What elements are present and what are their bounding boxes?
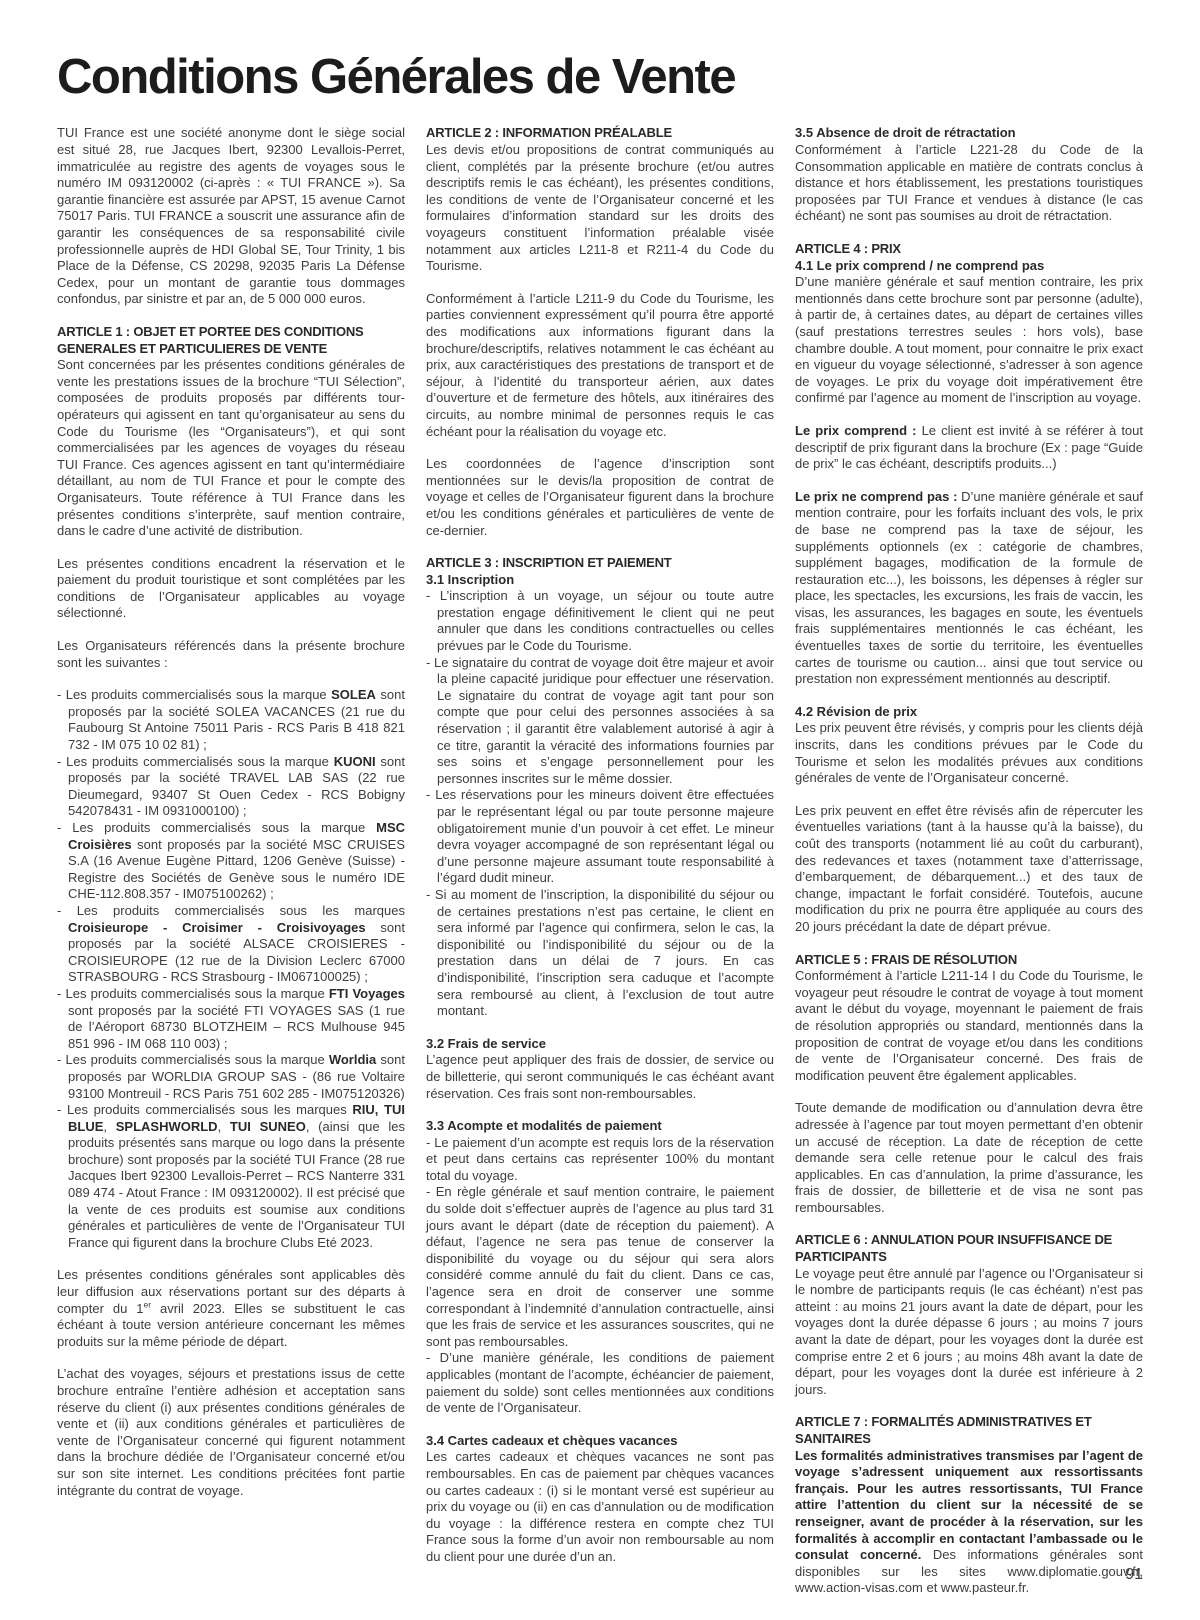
article-heading: ARTICLE 3 : INSCRIPTION ET PAIEMENT bbox=[426, 555, 774, 572]
section-subheading: 4.1 Le prix comprend / ne comprend pas bbox=[795, 258, 1143, 275]
article-heading: ARTICLE 4 : PRIX bbox=[795, 241, 1143, 258]
column-2: ARTICLE 2 : INFORMATION PRÉALABLELes dev… bbox=[426, 125, 774, 1597]
text-columns: TUI France est une société anonyme dont … bbox=[57, 125, 1143, 1597]
paragraph: Les devis et/ou propositions de contrat … bbox=[426, 142, 774, 275]
section-subheading: 3.5 Absence de droit de rétractation bbox=[795, 125, 1143, 142]
paragraph: TUI France est une société anonyme dont … bbox=[57, 125, 405, 308]
list-item: - Les produits commercialisés sous les m… bbox=[57, 1102, 405, 1251]
paragraph: Les prix peuvent en effet être révisés a… bbox=[795, 803, 1143, 936]
article-heading: ARTICLE 7 : FORMALITÉS ADMINISTRATIVES E… bbox=[795, 1414, 1143, 1447]
paragraph: L’achat des voyages, séjours et prestati… bbox=[57, 1366, 405, 1499]
paragraph: D’une manière générale et sauf mention c… bbox=[795, 274, 1143, 407]
paragraph: Le voyage peut être annulé par l’agence … bbox=[795, 1266, 1143, 1399]
dash-paragraph: - D’une manière générale, les conditions… bbox=[426, 1350, 774, 1416]
list-item: - Les produits commercialisés sous la ma… bbox=[57, 1052, 405, 1102]
paragraph: Conformément à l’article L211-14 I du Co… bbox=[795, 968, 1143, 1084]
list-item: - Le signataire du contrat de voyage doi… bbox=[426, 655, 774, 788]
paragraph: Toute demande de modification ou d’annul… bbox=[795, 1100, 1143, 1216]
list-item: - Si au moment de l’inscription, la disp… bbox=[426, 887, 774, 1020]
list-item: - Les produits commercialisés sous la ma… bbox=[57, 754, 405, 820]
list-item: - Les produits commercialisés sous la ma… bbox=[57, 687, 405, 753]
column-3: 3.5 Absence de droit de rétractationConf… bbox=[795, 125, 1143, 1597]
paragraph: Les présentes conditions encadrent la ré… bbox=[57, 556, 405, 622]
section-subheading: 3.4 Cartes cadeaux et chèques vacances bbox=[426, 1433, 774, 1450]
section-subheading: 3.3 Acompte et modalités de paiement bbox=[426, 1118, 774, 1135]
article-heading: ARTICLE 1 : OBJET ET PORTEE DES CONDITIO… bbox=[57, 324, 405, 357]
paragraph: Les cartes cadeaux et chèques vacances n… bbox=[426, 1449, 774, 1565]
section-subheading: 3.2 Frais de service bbox=[426, 1036, 774, 1053]
page-number: 91 bbox=[1125, 1566, 1143, 1584]
paragraph: Sont concernées par les présentes condit… bbox=[57, 357, 405, 540]
paragraph: Les formalités administratives transmise… bbox=[795, 1448, 1143, 1597]
article-heading: ARTICLE 6 : ANNULATION POUR INSUFFISANCE… bbox=[795, 1232, 1143, 1265]
paragraph: Les Organisateurs référencés dans la pré… bbox=[57, 638, 405, 671]
paragraph: Les prix peuvent être révisés, y compris… bbox=[795, 720, 1143, 786]
paragraph: Les coordonnées de l’agence d’inscriptio… bbox=[426, 456, 774, 539]
paragraph: Les présentes conditions générales sont … bbox=[57, 1267, 405, 1350]
list-item: - Les produits commercialisés sous la ma… bbox=[57, 820, 405, 903]
page-title: Conditions Générales de Vente bbox=[57, 52, 1143, 103]
article-heading: ARTICLE 5 : FRAIS DE RÉSOLUTION bbox=[795, 952, 1143, 969]
article-heading: ARTICLE 2 : INFORMATION PRÉALABLE bbox=[426, 125, 774, 142]
column-1: TUI France est une société anonyme dont … bbox=[57, 125, 405, 1597]
list-item: - Les réservations pour les mineurs doiv… bbox=[426, 787, 774, 887]
section-subheading: 4.2 Révision de prix bbox=[795, 704, 1143, 721]
list-item: - Les produits commercialisés sous la ma… bbox=[57, 986, 405, 1052]
paragraph: Le prix comprend : Le client est invité … bbox=[795, 423, 1143, 473]
list-item: - L’inscription à un voyage, un séjour o… bbox=[426, 588, 774, 654]
dash-paragraph: - Le paiement d’un acompte est requis lo… bbox=[426, 1135, 774, 1185]
section-subheading: 3.1 Inscription bbox=[426, 572, 774, 589]
paragraph: Conformément à l’article L211-9 du Code … bbox=[426, 291, 774, 440]
document-page: Conditions Générales de Vente TUI France… bbox=[0, 0, 1200, 1620]
dash-paragraph: - En règle générale et sauf mention cont… bbox=[426, 1184, 774, 1350]
paragraph: L’agence peut appliquer des frais de dos… bbox=[426, 1052, 774, 1102]
paragraph: Le prix ne comprend pas : D’une manière … bbox=[795, 489, 1143, 688]
paragraph: Conformément à l’article L221-28 du Code… bbox=[795, 142, 1143, 225]
list-item: - Les produits commercialisés sous les m… bbox=[57, 903, 405, 986]
